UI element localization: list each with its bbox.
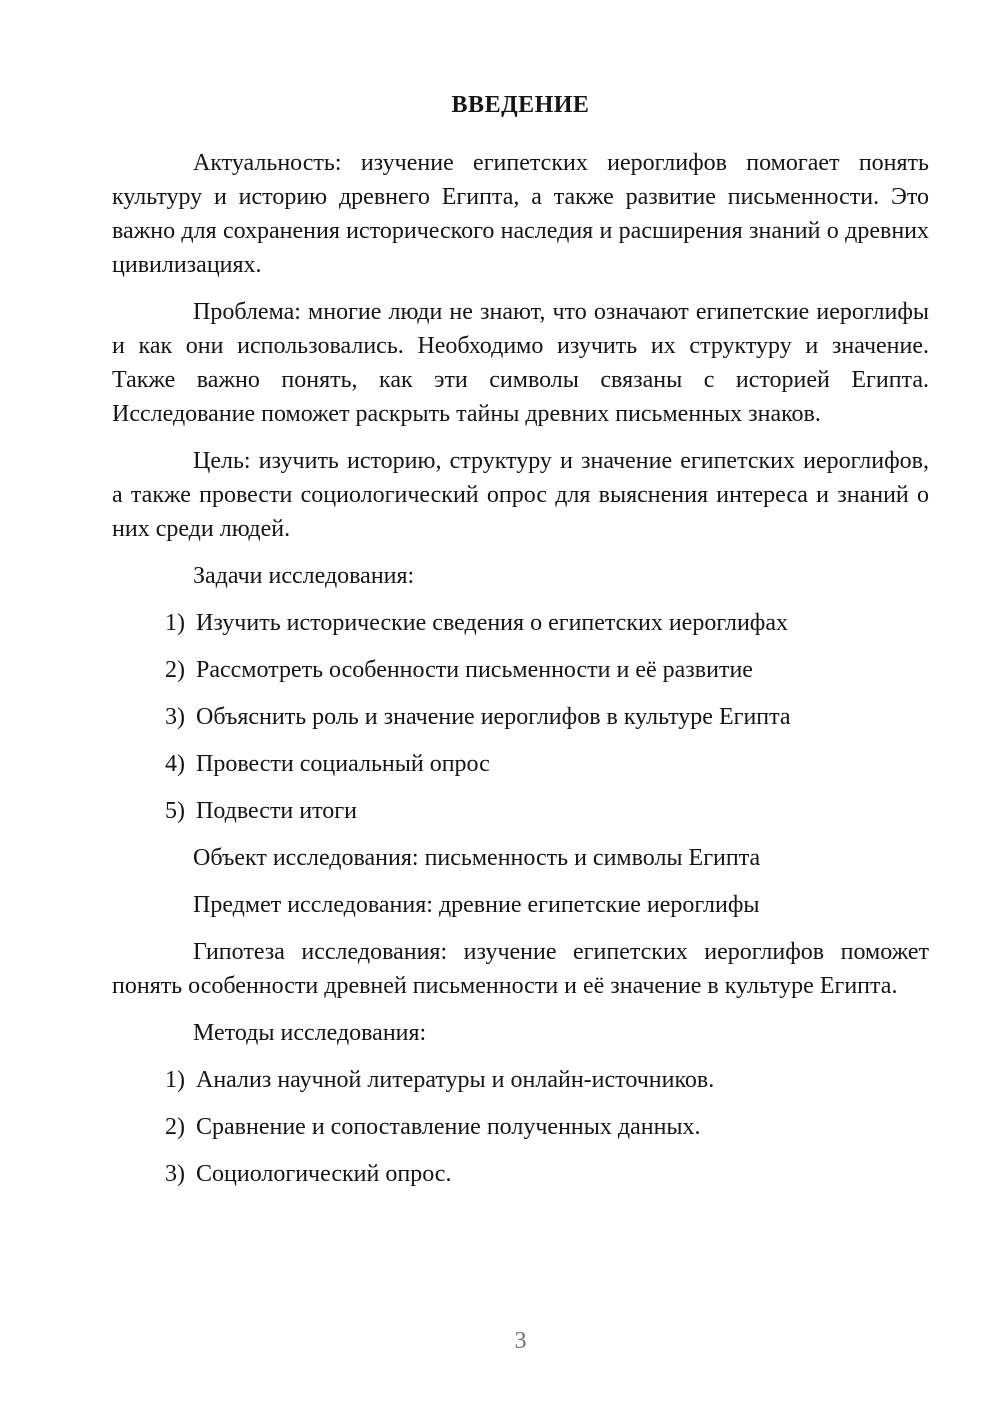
document-page: ВВЕДЕНИЕ Актуальность: изучение египетск… xyxy=(0,0,1000,1414)
paragraph-hypothesis: Гипотеза исследования: изучение египетск… xyxy=(112,935,929,1003)
method-item-1-marker: 1) xyxy=(165,1063,185,1097)
paragraph-subject: Предмет исследования: древние египетские… xyxy=(112,888,929,922)
task-item-5-marker: 5) xyxy=(165,794,185,828)
method-item-3-text: Социологический опрос. xyxy=(196,1161,451,1187)
task-item-3: 3)Объяснить роль и значение иероглифов в… xyxy=(112,700,929,734)
task-item-3-marker: 3) xyxy=(165,700,185,734)
task-item-1-marker: 1) xyxy=(165,606,185,640)
method-item-3-marker: 3) xyxy=(165,1157,185,1191)
task-item-5-text: Подвести итоги xyxy=(196,798,357,824)
task-item-2: 2)Рассмотреть особенности письменности и… xyxy=(112,653,929,687)
paragraph-relevance: Актуальность: изучение египетских иерогл… xyxy=(112,146,929,282)
task-item-1: 1)Изучить исторические сведения о египет… xyxy=(112,606,929,640)
method-item-2-marker: 2) xyxy=(165,1110,185,1144)
method-item-2: 2)Сравнение и сопоставление полученных д… xyxy=(112,1110,929,1144)
task-item-4: 4)Провести социальный опрос xyxy=(112,747,929,781)
paragraph-object: Объект исследования: письменность и симв… xyxy=(112,841,929,875)
task-item-2-text: Рассмотреть особенности письменности и е… xyxy=(196,657,753,683)
task-item-5: 5)Подвести итоги xyxy=(112,794,929,828)
tasks-heading: Задачи исследования: xyxy=(112,559,929,593)
page-number: 3 xyxy=(112,1326,929,1356)
methods-heading: Методы исследования: xyxy=(112,1016,929,1050)
paragraph-problem: Проблема: многие люди не знают, что озна… xyxy=(112,295,929,431)
method-item-1-text: Анализ научной литературы и онлайн-источ… xyxy=(196,1067,714,1093)
page-title: ВВЕДЕНИЕ xyxy=(112,88,929,122)
document-body: ВВЕДЕНИЕ Актуальность: изучение египетск… xyxy=(112,88,929,1204)
method-item-3: 3)Социологический опрос. xyxy=(112,1157,929,1191)
task-item-3-text: Объяснить роль и значение иероглифов в к… xyxy=(196,704,791,730)
task-item-1-text: Изучить исторические сведения о египетск… xyxy=(196,610,788,636)
task-item-2-marker: 2) xyxy=(165,653,185,687)
paragraph-goal: Цель: изучить историю, структуру и значе… xyxy=(112,444,929,546)
method-item-1: 1)Анализ научной литературы и онлайн-ист… xyxy=(112,1063,929,1097)
task-item-4-marker: 4) xyxy=(165,747,185,781)
task-item-4-text: Провести социальный опрос xyxy=(196,751,490,777)
method-item-2-text: Сравнение и сопоставление полученных дан… xyxy=(196,1114,701,1140)
